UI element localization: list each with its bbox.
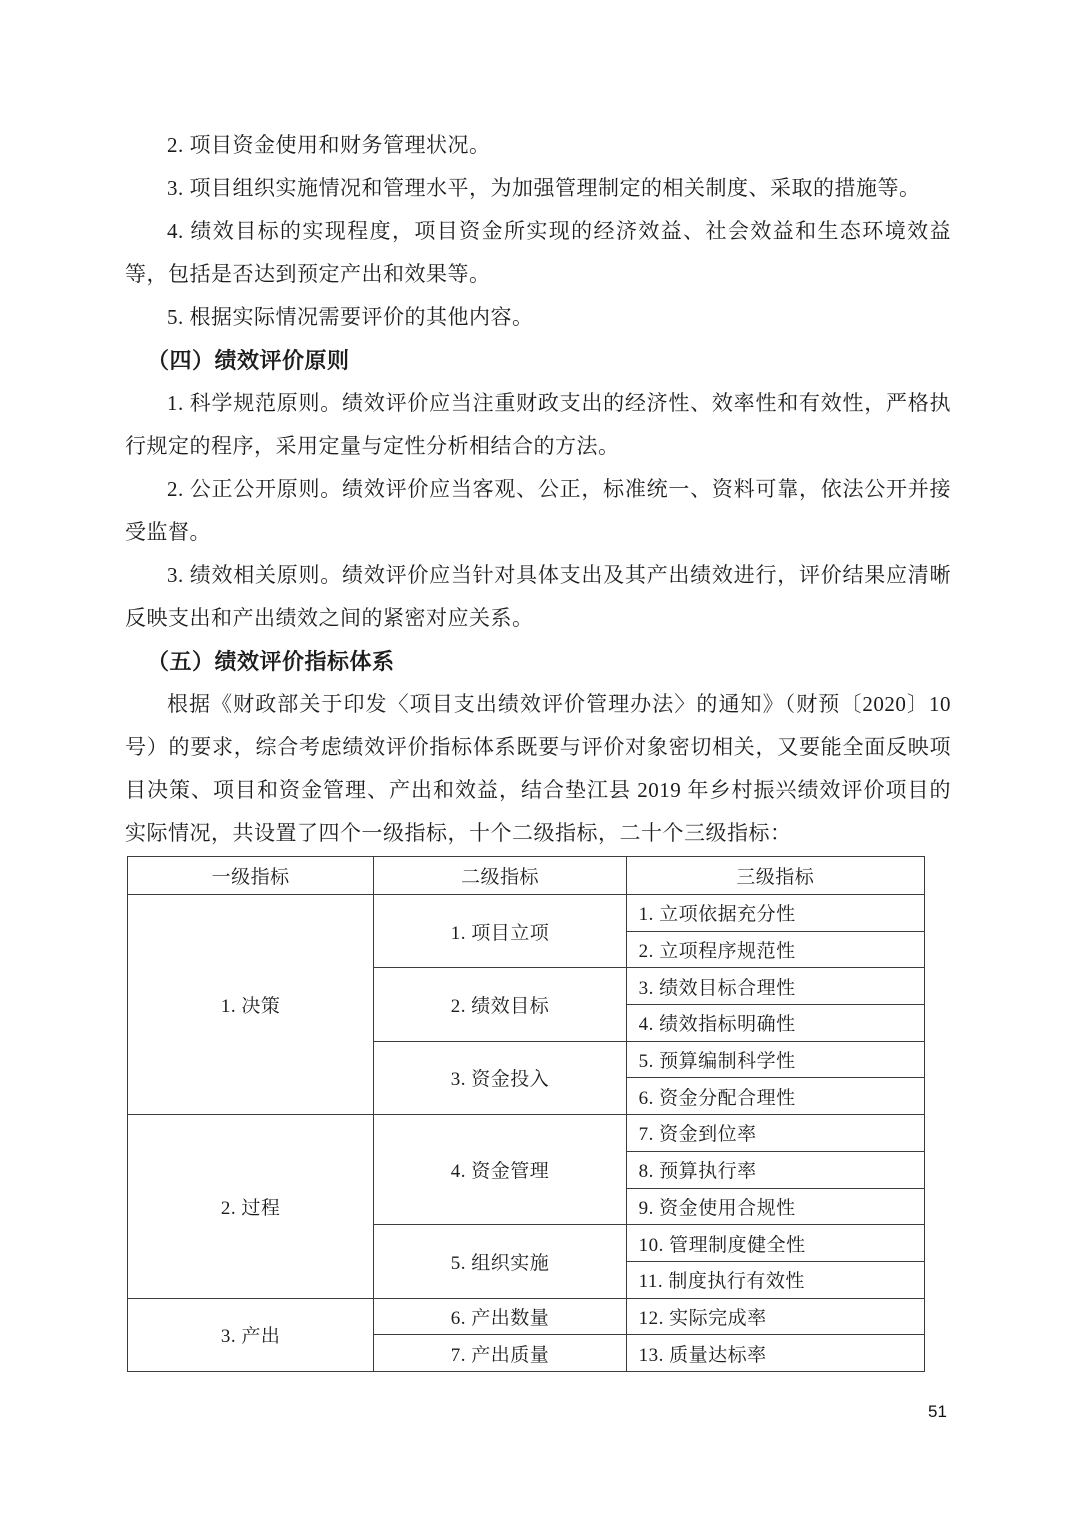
paragraph: 2. 项目资金使用和财务管理状况。 [125,124,951,167]
section-heading-principles: （四）绩效评价原则 [125,339,951,382]
table-header-level1: 一级指标 [128,857,374,895]
table-row: 3. 产出 6. 产出数量 12. 实际完成率 [128,1298,925,1335]
cell-level2: 5. 组织实施 [374,1225,626,1298]
cell-level1: 1. 决策 [128,895,374,1115]
paragraph: 3. 项目组织实施情况和管理水平，为加强管理制定的相关制度、采取的措施等。 [125,167,951,210]
table-header-level3: 三级指标 [626,857,924,895]
table-header-level2: 二级指标 [374,857,626,895]
cell-level2: 2. 绩效目标 [374,968,626,1041]
document-body: 2. 项目资金使用和财务管理状况。 3. 项目组织实施情况和管理水平，为加强管理… [125,124,951,1372]
paragraph: 1. 科学规范原则。绩效评价应当注重财政支出的经济性、效率性和有效性，严格执行规… [125,382,951,468]
cell-level3: 11. 制度执行有效性 [626,1261,924,1298]
section-heading-indicator-system: （五）绩效评价指标体系 [125,640,951,683]
paragraph: 2. 公正公开原则。绩效评价应当客观、公正，标准统一、资料可靠，依法公开并接受监… [125,468,951,554]
cell-level3: 6. 资金分配合理性 [626,1078,924,1115]
paragraph: 5. 根据实际情况需要评价的其他内容。 [125,296,951,339]
cell-level3: 13. 质量达标率 [626,1335,924,1372]
page-number: 51 [928,1402,947,1422]
cell-level2: 4. 资金管理 [374,1115,626,1225]
table-row: 1. 决策 1. 项目立项 1. 立项依据充分性 [128,895,925,932]
cell-level3: 12. 实际完成率 [626,1298,924,1335]
table-row: 2. 过程 4. 资金管理 7. 资金到位率 [128,1115,925,1152]
cell-level2: 7. 产出质量 [374,1335,626,1372]
document-page: 2. 项目资金使用和财务管理状况。 3. 项目组织实施情况和管理水平，为加强管理… [0,0,1074,1520]
cell-level3: 1. 立项依据充分性 [626,895,924,932]
paragraph: 根据《财政部关于印发〈项目支出绩效评价管理办法〉的通知》（财预〔2020〕10 … [125,683,951,855]
cell-level3: 4. 绩效指标明确性 [626,1005,924,1042]
cell-level2: 3. 资金投入 [374,1041,626,1114]
cell-level3: 7. 资金到位率 [626,1115,924,1152]
cell-level3: 9. 资金使用合规性 [626,1188,924,1225]
cell-level3: 3. 绩效目标合理性 [626,968,924,1005]
indicator-table: 一级指标 二级指标 三级指标 1. 决策 1. 项目立项 1. 立项依据充分性 … [127,856,925,1372]
cell-level1: 2. 过程 [128,1115,374,1298]
cell-level3: 5. 预算编制科学性 [626,1041,924,1078]
cell-level2: 6. 产出数量 [374,1298,626,1335]
cell-level2: 1. 项目立项 [374,895,626,968]
cell-level3: 10. 管理制度健全性 [626,1225,924,1262]
cell-level3: 2. 立项程序规范性 [626,931,924,968]
paragraph: 4. 绩效目标的实现程度，项目资金所实现的经济效益、社会效益和生态环境效益等，包… [125,210,951,296]
cell-level3: 8. 预算执行率 [626,1151,924,1188]
cell-level1: 3. 产出 [128,1298,374,1371]
paragraph: 3. 绩效相关原则。绩效评价应当针对具体支出及其产出绩效进行，评价结果应清晰反映… [125,554,951,640]
table-header-row: 一级指标 二级指标 三级指标 [128,857,925,895]
